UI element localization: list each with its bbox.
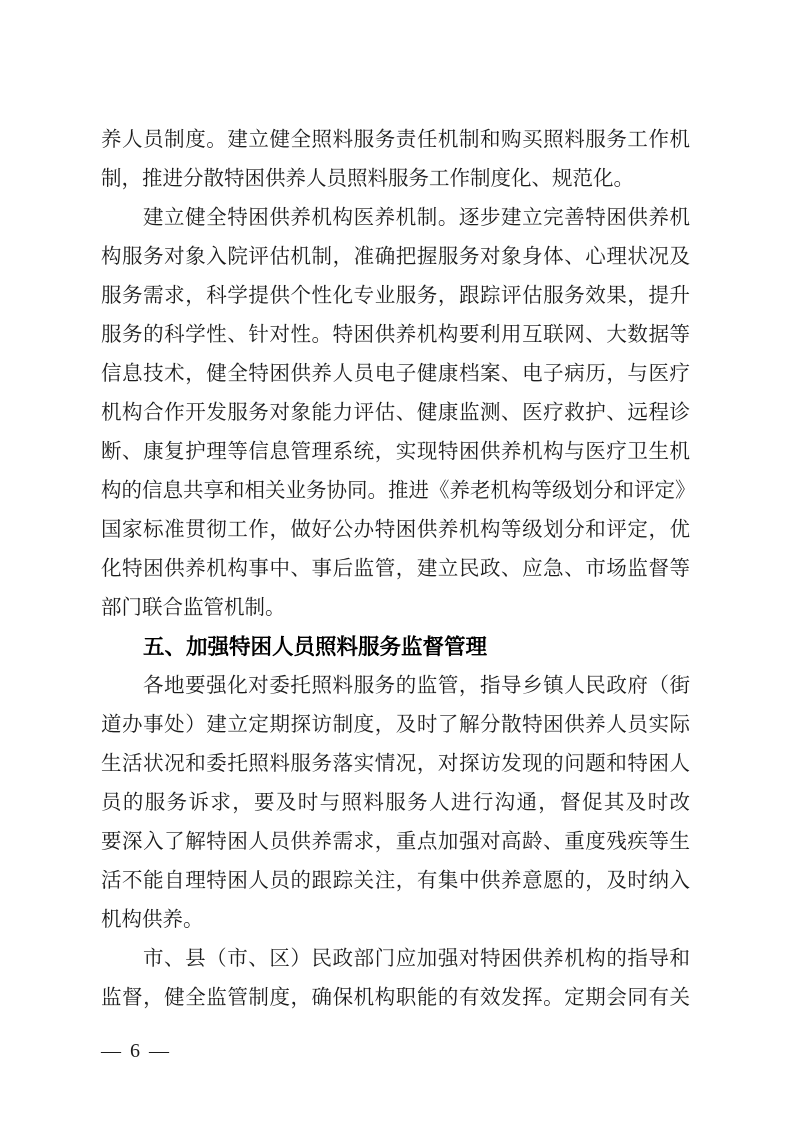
text-line: 养人员制度。建立健全照料服务责任机制和购买照料服务工作机 (101, 121, 690, 160)
text-line: 监督，健全监管制度，确保机构职能的有效发挥。定期会同有关 (101, 979, 690, 1018)
document-page: 养人员制度。建立健全照料服务责任机制和购买照料服务工作机制，推进分散特困供养人员… (0, 0, 793, 1122)
text-line: 生活状况和委托照料服务落实情况，对探访发现的问题和特困人 (101, 745, 690, 784)
text-line: 构的信息共享和相关业务协同。推进《养老机构等级划分和评定》 (101, 472, 690, 511)
text-line: 机构供养。 (101, 901, 690, 940)
text-line: 断、康复护理等信息管理系统，实现特困供养机构与医疗卫生机 (101, 433, 690, 472)
text-line: 要深入了解特困人员供养需求，重点加强对高龄、重度残疾等生 (101, 823, 690, 862)
text-line: 服务的科学性、针对性。特困供养机构要利用互联网、大数据等 (101, 316, 690, 355)
text-line: 服务需求，科学提供个性化专业服务，跟踪评估服务效果，提升 (101, 277, 690, 316)
text-line: 机构合作开发服务对象能力评估、健康监测、医疗救护、远程诊 (101, 394, 690, 433)
text-line: 各地要强化对委托照料服务的监管，指导乡镇人民政府（街 (101, 667, 690, 706)
text-line: 部门联合监管机制。 (101, 589, 690, 628)
text-line: 化特困供养机构事中、事后监管，建立民政、应急、市场监督等 (101, 550, 690, 589)
page-number: — 6 — (101, 1036, 171, 1066)
text-line: 员的服务诉求，要及时与照料服务人进行沟通，督促其及时改进； (101, 784, 690, 823)
text-line: 制，推进分散特困供养人员照料服务工作制度化、规范化。 (101, 160, 690, 199)
text-line: 建立健全特困供养机构医养机制。逐步建立完善特困供养机 (101, 199, 690, 238)
text-line: 国家标准贯彻工作，做好公办特困供养机构等级划分和评定，优 (101, 511, 690, 550)
section-heading: 五、加强特困人员照料服务监督管理 (101, 628, 690, 667)
text-line: 市、县（市、区）民政部门应加强对特困供养机构的指导和 (101, 940, 690, 979)
text-line: 活不能自理特困人员的跟踪关注，有集中供养意愿的，及时纳入 (101, 862, 690, 901)
text-line: 信息技术，健全特困供养人员电子健康档案、电子病历，与医疗 (101, 355, 690, 394)
text-line: 构服务对象入院评估机制，准确把握服务对象身体、心理状况及 (101, 238, 690, 277)
document-body: 养人员制度。建立健全照料服务责任机制和购买照料服务工作机制，推进分散特困供养人员… (101, 121, 690, 1018)
text-line: 道办事处）建立定期探访制度，及时了解分散特困供养人员实际 (101, 706, 690, 745)
